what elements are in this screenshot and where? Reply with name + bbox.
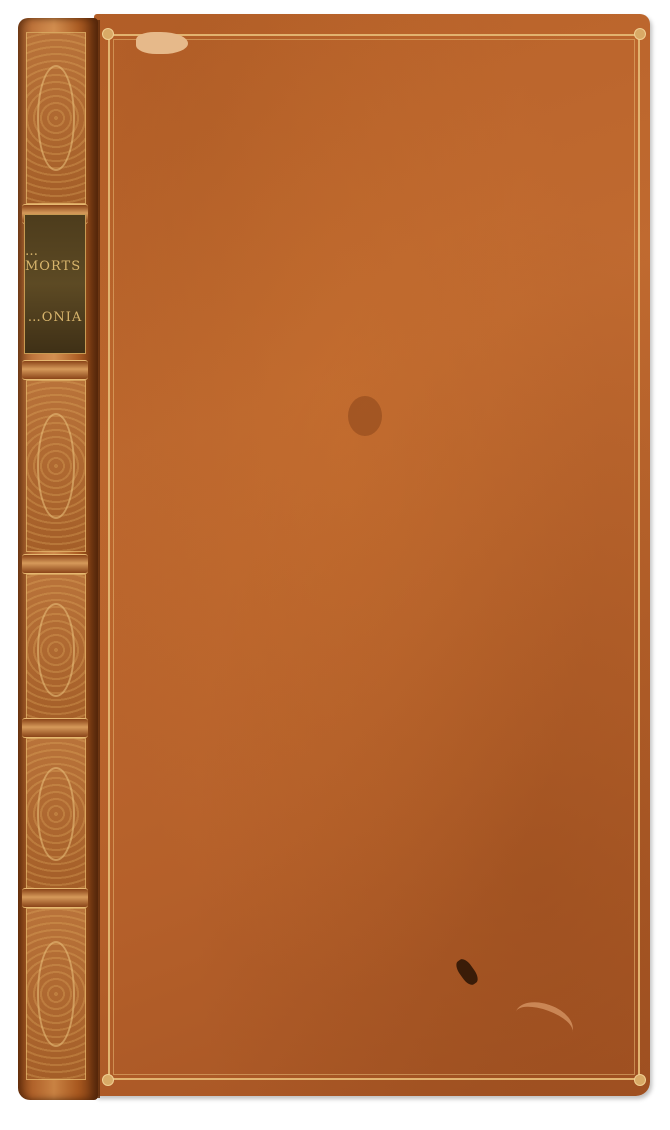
corner-fleuron-icon	[102, 1074, 114, 1086]
leather-stain	[348, 396, 382, 436]
corner-fleuron-icon	[634, 28, 646, 40]
leather-scuff	[136, 32, 188, 54]
spine-compartment	[26, 908, 86, 1080]
front-board	[94, 14, 650, 1096]
raised-band	[22, 718, 88, 738]
spine-compartment	[26, 380, 86, 552]
corner-fleuron-icon	[634, 1074, 646, 1086]
raised-band	[22, 888, 88, 908]
raised-band	[22, 360, 88, 380]
gilt-fillet-border	[108, 34, 640, 1080]
spine-compartment	[26, 738, 86, 890]
raised-band	[22, 554, 88, 574]
spine-title-line2: …ONIA	[28, 310, 83, 325]
spine-title-label: …MORTS …ONIA	[24, 214, 86, 354]
spine-compartment	[26, 32, 86, 204]
spine: …MORTS …ONIA	[18, 18, 98, 1100]
spine-compartment	[26, 574, 86, 726]
book-photo: …MORTS …ONIA	[0, 0, 670, 1130]
corner-fleuron-icon	[102, 28, 114, 40]
spine-title-line1: …MORTS	[25, 244, 85, 274]
